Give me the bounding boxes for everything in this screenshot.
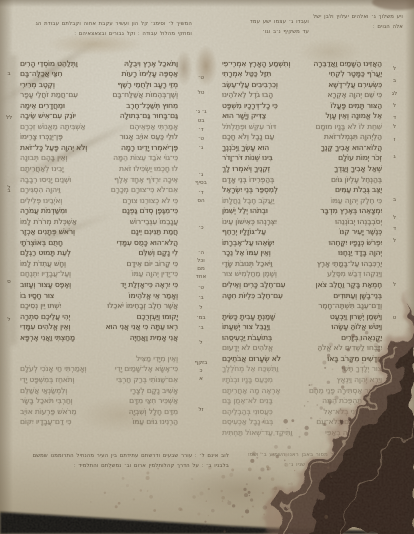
text-line: כִּי יִרְאֶה כִּי־אָזְלַת יָדוְאֶפֶס עָצ… [20,278,178,289]
masora-line: עד משקיף נ׳ב וגו׳ [240,28,309,38]
top-masora-left: המשיך ל׳ וסימנ׳ קל הון ועשיר עקבת אחוה ו… [35,20,192,39]
hemistich: אָשִׁיב נָקָם לְצָרָי [130,386,178,395]
text-line: כִּי שֵׁם יְהוָה אֶקְרָאהָבוּ גֹדֶל לֵאל… [222,89,382,100]
masora-note: ל [1,317,17,323]
text-line: הַלְיְהוָה תִּגְמְלוּ־זֹאתעַם נָבָל וְלֹ… [222,131,382,142]
hemistich: יְסֹבְבֶנְהוּ יְבוֹנְנֵהוּ [335,217,382,226]
parchment-page: המשיך ל׳ וסימנ׳ קל הון ועשיר עקבת אחוה ו… [0,0,414,534]
hemistich: וַתֹּאכַל אֶרֶץ וִיבֻלָהּ [124,59,178,68]
masora-line: ויע משלוך ג׳ ואלהים יעלוץ ולבן ישלישו [313,13,403,23]
text-line: אֵיכָה יִרְדֹּף אֶחָד אֶלֶףוּשְׁנַיִם יָ… [20,173,178,184]
masora-line: ועבדו ג׳ עצמו ישע עמד [240,18,309,28]
hemistich: וְשֶׁן־בְּהֵמוֹת אֲשַׁלַּח־בָּם [112,90,178,99]
masora-note: ד [384,115,405,121]
hemistich: וּמֵחֲדָרִים אֵימָה [20,101,65,110]
bottom-masora-left: לוב אינם ל׳ ׃ עורר שבעים ודרשתם עתידתם ב… [25,451,229,471]
hemistich: עִם־חֵלֶב כָּרִים וְאֵילִים [222,280,285,289]
masora-note: וכל [186,258,216,264]
hemistich: יַרְכִּבֵהוּ עַל־בָּמֳתֵי אָרֶץ [317,259,382,268]
masora-line: לוב אינם ל׳ ׃ עורר שבעים ודרשתם עתידתם ב… [25,451,229,461]
text-line: אֲשֶׁר חֵלֶב זְבָחֵימוֹ יֹאכֵלוּיִשְׁתּו… [20,300,178,311]
hemistich: יִצְּרֶנְהוּ כְּאִישׁוֹן עֵינוֹ [222,217,277,226]
hemistich: יַעֲקֹב חֶבֶל נַחֲלָתוֹ [222,196,274,205]
hemistich: יְהוָה בָּדָד יַנְחֶנּוּ [338,248,382,257]
hemistich: בְּנֵי־בָשָׁן וְעַתּוּדִים [333,291,382,300]
text-line: וְאֵין מִיָּדִי מַצִּיל [20,352,178,363]
masora-note: הס [186,198,216,204]
hemistich: וְאֵין בָּהֶם תְּבוּנָה [20,153,67,162]
hemistich: בְּהַנְחֵל עֶלְיוֹן גּוֹיִם [331,175,382,184]
hemistich: כִּי־גוֹי אֹבַד עֵצוֹת הֵמָּה [113,153,178,162]
hemistich: יוֹנֵק עִם־אִישׁ שֵׂיבָה [20,111,76,120]
text-line: וַיֵּנִקֵהוּ דְבַשׁ מִסֶּלַעוְשֶׁמֶן מֵח… [222,268,382,279]
text-line: הַצּוּר תָּמִים פָּעֳלוֹכִּי כָל־דְּרָכָ… [222,99,382,110]
masora-note: ב׳ [186,325,216,331]
text-line: הֲלוֹא־הוּא אָבִיךָ קָּנֶךָהוּא עָשְׂךָ … [222,141,382,152]
hemistich: לְעֵת תָּמוּט רַגְלָם [20,248,71,257]
hemistich: רְאוּ עַתָּה כִּי אֲנִי אֲנִי הוּא [106,322,178,331]
text-line: וַיֹּאמֶר אַסְתִּירָה פָנַי מֵהֶםאֶרְאֶה… [222,384,382,395]
text-line: אִם־לֹא כִּי־צוּרָם מְכָרָםוַיהוָה הִסְג… [20,184,178,195]
hemistich: כִּי דוֹר תַּהְפֻּכֹת הֵמָּה [322,396,382,405]
hemistich: עֲנָבֵמוֹ עִנְּבֵי־רוֹשׁ [130,217,178,226]
hemistich: אַשְׁבִּיתָה מֵאֱנוֹשׁ זִכְרָם [20,122,85,131]
masora-line: אלה הגוים ׃ [313,23,403,33]
text-line: וַאֲנִי אַקְנִיאֵם בְּלֹא־עָםבְּגוֹי נָב… [222,416,382,427]
hemistich: וְדַם־עֵנָב תִּשְׁתֶּה־חָמֶר [318,301,382,310]
masora-note: ט׳ [186,136,216,142]
text-line: אֲנִי אָמִית וַאֲחַיֶּהמָחַצְתִּי וַאֲנִ… [20,331,178,342]
masora-note: כ׳ [186,225,216,231]
text-line: גַּם־בָּחוּר גַּם־בְּתוּלָהיוֹנֵק עִם־אִ… [20,110,178,121]
hemistich: וַיְנַבֵּל צוּר יְשֻׁעָתוֹ [222,322,270,331]
text-line: זְכֹר יְמוֹת עוֹלָםבִּינוּ שְׁנוֹת דֹּר־… [222,152,382,163]
hemistich: אֲנִי אָמִית וַאֲחַיֶּה [130,333,178,342]
masora-note: ב [384,78,405,84]
text-line: שְׁאַל אָבִיךָ וְיַגֵּדְךָזְקֵנֶיךָ וְיֹ… [222,162,382,173]
text-line: וַיִּטֹּשׁ אֱלוֹהַּ עָשָׂהוּוַיְנַבֵּל צ… [222,321,382,332]
hemistich: יִשָּׂאֵהוּ עַל־אֶבְרָתוֹ [222,238,274,247]
text-column-left: וַתֹּאכַל אֶרֶץ וִיבֻלָהּוַתְּלַהֵט מוֹס… [20,57,178,426]
left-margin-notes: בלללבסל [1,57,17,447]
masora-note: ל [384,282,405,288]
text-line: כִּי חֵלֶק יְהוָה עַמּוֹיַעֲקֹב חֶבֶל נַ… [222,194,382,205]
hemistich: כִּי־מִגֶּפֶן סְדֹם גַּפְנָם [122,206,178,215]
masora-note: ט׳ [186,75,216,81]
hemistich: וְחַרְבִּי תֹּאכַל בָּשָׂר [20,396,73,405]
hemistich: אֱלֹהִים לֹא יְדָעוּם [222,343,273,352]
masora-line: שמאל מסור באבן ראנו השמיע ב׳ ושמאל [248,450,345,460]
hemistich: אֲשֶׁר חֵלֶב זְבָחֵימוֹ יֹאכֵלוּ [107,301,178,310]
hemistich: וְשֶׁמֶן מֵחַלְמִישׁ צוּר [222,269,277,278]
masora-note: ל [384,103,405,109]
hemistich: לִי נָקָם וְשִׁלֵּם [139,248,178,257]
text-line: שִׁחֵת לוֹ לֹא בָּנָיו מוּמָםדּוֹר עִקֵּ… [222,120,382,131]
hemistich: יִשְׁתּוּ יֵין נְסִיכָם [20,301,61,310]
masora-note: יא [384,354,405,360]
masora-note: ד׳ [186,127,216,133]
hemistich: הֲלוֹא־הוּא אָבִיךָ קָּנֶךָ [321,143,382,152]
hemistich: אָמַרְתִּי אַפְאֵיהֶם [130,122,178,131]
text-line: יַעֲרֹף כַּמָּטָר לִקְחִיתִּזַּל כַּטַּל… [222,68,382,79]
text-line: כִּי־גוֹי אֹבַד עֵצוֹת הֵמָּהוְאֵין בָּה… [20,152,178,163]
hemistich: יְהִי עֲלֵיכֶם סִתְרָה [20,312,70,321]
hemistich: גַּם־בָּחוּר גַּם־בְּתוּלָה [120,111,178,120]
masora-note: ל [186,340,216,346]
hemistich: שָׁמַנְתָּ עָבִיתָ כָּשִׂיתָ [222,312,275,321]
hemistich: כִּי יִרְאֶה כִּי־אָזְלַת יָד [120,280,178,289]
text-line: יִמְצָאֵהוּ בְּאֶרֶץ מִדְבָּרוּבְתֹהוּ י… [222,205,382,216]
hemistich: זְקֵנֶיךָ וְיֹאמְרוּ לָךְ [222,164,270,173]
masora-note: ב [1,71,17,77]
hemistich: חֶמְאַת בָּקָר וַחֲלֵב צֹאן [316,280,382,289]
text-column-right: הַאֲזִינוּ הַשָּׁמַיִם וַאֲדַבֵּרָהוְתִש… [222,57,382,437]
hemistich: וַאֲנִי אַקְנִיאֵם בְּלֹא־עָם [316,417,382,426]
hemistich: וְלִמְשַׂנְאַי אֲשַׁלֵּם [20,386,67,395]
text-line: כִּי־אֵשׁ קָדְחָה בְאַפִּיוַתִּיקַד עַד־… [222,426,382,437]
hemistich: בִּינוּ שְׁנוֹת דֹּר־וָדֹר [222,153,273,162]
top-masora-right: ויע משלוך ג׳ ואלהים יעלוץ ולבן ישלישואלה… [313,13,403,32]
hemistich: כִּי־אֵשׁ קָדְחָה בְאַפִּי [325,428,382,437]
masora-note: מם [186,266,216,272]
hemistich: וְאֵין מִיָּדִי מַצִּיל [136,354,178,363]
hemistich: וְאֶפֶס עָצוּר וְעָזוּב [20,280,71,289]
hemistich: מִכַּעַס בָּנָיו וּבְנֹתָיו [222,375,273,384]
hemistich: כְּנֶשֶׁר יָעִיר קִנּוֹ [339,227,382,236]
text-line: כִּי־אֶשָּׂא אֶל־שָׁמַיִם יָדִיוְאָמַרְת… [20,363,178,374]
hemistich: כִּשְׂעִירִם עֲלֵי־דֶשֶׁא [328,80,382,89]
masora-note: ל [384,341,405,347]
manuscript-photo: המשיך ל׳ וסימנ׳ קל הון ועשיר עקבת אחוה ו… [0,0,414,534]
hemistich: בְּגוֹי נָבָל אַכְעִיסֵם [222,417,273,426]
hemistich: יִזְבְּחוּ לַשֵּׁדִים לֹא אֱלֹהַּ [317,343,382,352]
hemistich: מָחַצְתִּי וַאֲנִי אֶרְפָּא [20,333,75,342]
text-line: כִּי דוֹר תַּהְפֻּכֹת הֵמָּהבָּנִים לֹא־… [222,395,382,406]
hemistich: יַקְנִאֻהוּ בְּזָרִים [341,333,382,342]
right-margin-notes: לבלגלדלזגבלדללטליאבג [384,57,405,447]
masora-note: ב [1,188,17,194]
text-line: הֲלֹא־הוּא כָּמֻס עִמָּדִיחָתֻם בְּאוֹצְ… [20,236,178,247]
hemistich: חֲדָשִׁים מִקָּרֹב בָּאוּ [327,354,382,363]
text-line: יִפְרֹשׂ כְּנָפָיו יִקָּחֵהוּיִשָּׂאֵהוּ… [222,236,382,247]
text-line: וְשֶׁן־בְּהֵמוֹת אֲשַׁלַּח־בָּםעִם־חֲמַת… [20,89,178,100]
hemistich: מִחוּץ תְּשַׁכֶּל־חֶרֶב [126,101,178,110]
masora-note: בסיף [186,180,216,186]
hemistich: עִם־חֲמַת זֹחֲלֵי עָפָר [20,90,78,99]
text-line: וְאָמַר אֵי אֱלֹהֵימוֹצוּר חָסָיוּ בוֹ [20,289,178,300]
text-line [20,342,178,353]
text-line: אֵל אֱמוּנָה וְאֵין עָוֶלצַדִּיק וְיָשָׁ… [222,110,382,121]
hemistich: וְכִרְבִיבִים עֲלֵי־עֵשֶׂב [222,80,278,89]
hemistich: וַתִּיקַד עַד־שְׁאוֹל תַּחְתִּית [222,428,292,437]
hemistich: שְׁאַל אָבִיךָ וְיַגֵּדְךָ [334,164,382,173]
hemistich: כִּי־יָדִין יְהוָה עַמּוֹ [132,269,178,278]
masora-note: ט׳ [186,285,216,291]
masora-note: ג [384,398,405,404]
hemistich: וְקֶטֶב מְרִירִי [20,80,55,89]
hemistich: כִּי שֵׁם יְהוָה אֶקְרָא [327,90,382,99]
masora-note: ד [384,226,405,232]
text-line: מִחוּץ תְּשַׁכֶּל־חֶרֶבוּמֵחֲדָרִים אֵימ… [20,99,178,110]
hemistich: עִם־חֵלֶב כִּלְיוֹת חִטָּה [222,291,283,300]
text-line: לוּ חָכְמוּ יַשְׂכִּילוּ זֹאתיָבִינוּ לְ… [20,162,178,173]
masora-note: בט [186,118,216,124]
text-line: הֵם קִנְאוּנִי בְלֹא־אֵלכִּעֲסוּנִי בְּה… [222,405,382,416]
text-line: כִּי־מִגֶּפֶן סְדֹם גַּפְנָםוּמִשַּׁדְמֹ… [20,205,178,216]
hemistich: יָקוּמוּ וְיַעְזְרֻכֶם [137,312,178,321]
hemistich: לוּלֵי כַּעַס אוֹיֵב אָגוּר [119,132,178,141]
text-line: וַיִּשְׁמַן יְשֻׁרוּן וַיִּבְעָטשָׁמַנְת… [222,310,382,321]
hemistich: זְכֹר יְמוֹת עוֹלָם [338,153,382,162]
masora-note: זל [186,407,216,413]
text-line: כִּשְׂעִירִם עֲלֵי־דֶשֶׁאוְכִרְבִיבִים ע… [222,78,382,89]
masora-note: לג [384,91,405,97]
masora-note: ג׳ [186,145,216,151]
hemistich: וְרֹאשׁ פְּתָנִים אַכְזָר [20,227,75,236]
text-line: יְהוָה בָּדָד יַנְחֶנּוּוְאֵין עִמּוֹ אֵ… [222,247,382,258]
hemistich: אַסְפֶּה עָלֵימוֹ רָעוֹת [122,69,178,78]
text-line: חֶמְאַת בָּקָר וַחֲלֵב צֹאןעִם־חֵלֶב כָּ… [222,278,382,289]
hemistich: כִּי כָל־דְּרָכָיו מִשְׁפָּט [222,101,278,110]
bottom-masora-right: שמאל מסור באבן ראנו השמיע ב׳ ושמאלובי אק… [248,450,345,470]
masora-note: בזקף [186,360,216,366]
masora-note: ג [384,154,405,160]
hemistich: צוּר חָסָיוּ בוֹ [20,291,54,300]
hemistich: וְאֵין עִמּוֹ אֵל נֵכָר [222,248,271,257]
text-line: לוּלֵי כַּעַס אוֹיֵב אָגוּרפֶּן־יְנַכְּר… [20,131,178,142]
masora-note: ב [384,377,405,383]
hemistich: מְזֵי רָעָב וּלְחֻמֵי רֶשֶׁף [118,80,178,89]
masora-note: ל [384,215,405,221]
hemistich: חָתֻם בְּאוֹצְרֹתָי [20,238,63,247]
hemistich: וְחָשׁ עֲתִדֹת לָמוֹ [20,259,66,268]
text-line: הַרְנִינוּ גוֹיִם עַמּוֹכִּי דַם־עֲבָדָי… [20,416,178,427]
hemistich: וְאֵין אֱלֹהִים עִמָּדִי [20,322,70,331]
hemistich: מֵרֹאשׁ פַּרְעוֹת אוֹיֵב [20,407,77,416]
text-line: כְּנֶשֶׁר יָעִיר קִנּוֹעַל־גּוֹזָלָיו יְ… [222,226,382,237]
hemistich: תִּזַּל כַּטַּל אִמְרָתִי [222,69,271,78]
hemistich: אִם־לֹא כִּי־צוּרָם מְכָרָם [111,185,178,194]
hemistich: הָבוּ גֹדֶל לֵאלֹהֵינוּ [222,90,273,99]
text-line: וַתֹּאכַל אֶרֶץ וִיבֻלָהּוַתְּלַהֵט מוֹס… [20,57,178,68]
hemistich: בָּנִים לֹא־אֵמֻן בָּם [222,396,273,405]
masora-note: ב [384,197,405,203]
text-line: אַסְפֶּה עָלֵימוֹ רָעוֹתחִצַּי אֲכַלֶּה־… [20,68,178,79]
hemistich: יִמְצָאֵהוּ בְּאֶרֶץ מִדְבָּר [320,206,382,215]
top-masora-center: ועבדו ג׳ עצמו ישע עמדעד משקיף נ׳ב וגו׳ [240,18,309,37]
text-line: אָמַרְתִּי אַפְאֵיהֶםאַשְׁבִּיתָה מֵאֱנו… [20,120,178,131]
masora-note: ה׳ [186,250,216,256]
hemistich: וְאָמַרְתִּי חַי אָנֹכִי לְעֹלָם [20,364,87,373]
hemistich: וַתְּלַהֵט מוֹסְדֵי הָרִים [20,59,78,68]
hemistich: חִצַּי אֲכַלֶּה־בָּם [20,69,62,78]
hemistich: כִּי דַם־עֲבָדָיו יִקּוֹם [20,417,71,426]
hemistich: עַל־גּוֹזָלָיו יְרַחֵף [222,227,266,236]
hemistich: וַיֹּאמֶר אַסְתִּירָה פָנַי מֵהֶם [309,386,382,395]
hemistich: יָבִינוּ לְאַחֲרִיתָם [20,164,64,173]
masora-note: ל [384,124,405,130]
hemistich: בְּתוֹעֵבֹת יַכְעִיסֻהוּ [222,333,272,342]
masora-note: טל [186,90,216,96]
text-line: אַשְׁכִּיר חִצַּי מִדָּםוְחַרְבִּי תֹּאכ… [20,395,178,406]
hemistich: וַיִּטֹּשׁ אֱלוֹהַּ עָשָׂהוּ [332,322,382,331]
hemistich: וַתִּשְׁכַּח אֵל מְחֹלְלֶךָ [222,364,278,373]
masora-note: ב׳ [186,295,216,301]
hemistich: מִדַּם חָלָל וְשִׁבְיָה [129,407,178,416]
text-line: וְדַם־עֵנָב תִּשְׁתֶּה־חָמֶר [222,300,382,311]
hemistich: הַצּוּר תָּמִים פָּעֳלוֹ [331,101,382,110]
masora-line: בלבניו ב׳ ׃ על הדרך קהלותלמין ארום וב׳ נ… [25,461,229,471]
hemistich: הוּא עָשְׂךָ וַיְכֹנְנֶךָ [222,143,269,152]
masora-line: המשיך ל׳ וסימנ׳ קל הון ועשיר עקבת אחוה ו… [35,20,192,30]
hemistich: הַרְנִינוּ גוֹיִם עַמּוֹ [132,417,178,426]
hemistich: צוּר יְלָדְךָ תֶּשִׁי [342,364,382,373]
hemistich: אֵל אֱמוּנָה וְאֵין עָוֶל [325,111,382,120]
text-line: חֲדָשִׁים מִקָּרֹב בָּאוּלֹא שְׂעָרוּם א… [222,352,382,363]
masora-note: לל [1,115,17,121]
text-line: יְסֹבְבֶנְהוּ יְבוֹנְנֵהוּיִצְּרֶנְהוּ כ… [222,215,382,226]
text-line: בְּהַנְחֵל עֶלְיוֹן גּוֹיִםבְּהַפְרִידוֹ… [222,173,382,184]
text-line: יַקְנִאֻהוּ בְּזָרִיםבְּתוֹעֵבֹת יַכְעִי… [222,331,382,342]
masora-note: ל [186,305,216,311]
hemistich: שִׁחֵת לוֹ לֹא בָּנָיו מוּמָם [315,122,382,131]
hemistich: הַאֲזִינוּ הַשָּׁמַיִם וַאֲדַבֵּרָה [313,59,382,68]
hemistich: אִם־שַׁנּוֹתִי בְּרַק חַרְבִּי [116,375,178,384]
hemistich: אַשְׁכְּלֹת מְרֹרֹת לָמוֹ [20,217,77,226]
text-line: עֲנָבֵמוֹ עִנְּבֵי־רוֹשׁאַשְׁכְּלֹת מְרֹ… [20,215,178,226]
hemistich: וְאֹיְבֵינוּ פְּלִילִים [20,196,62,205]
hemistich: כִּי חֵלֶק יְהוָה עַמּוֹ [331,196,382,205]
text-line: כִּי קָרוֹב יוֹם אֵידָםוְחָשׁ עֲתִדֹת לָ… [20,257,178,268]
hemistich: הַלְיְהוָה תִּגְמְלוּ־זֹאת [324,132,382,141]
hemistich: אַשְׁכִּיר חִצַּי מִדָּם [129,396,178,405]
hemistich: לֹא שְׂעָרוּם אֲבֹתֵיכֶם [222,354,281,363]
hemistich: וְתִשְׁמַע הָאָרֶץ אִמְרֵי־פִי [222,59,290,68]
text-line: יַצֵּב גְּבֻלֹת עַמִּיםלְמִסְפַּר בְּנֵי… [222,184,382,195]
hemistich: וּשְׁנַיִם יָנִיסוּ רְבָבָה [20,175,71,184]
hemistich: וְתֹאחֵז בְּמִשְׁפָּט יָדִי [20,375,74,384]
hemistich: לוּ חָכְמוּ יַשְׂכִּילוּ זֹאת [119,164,178,173]
hemistich: יִפְרֹשׂ כְּנָפָיו יִקָּחֵהוּ [329,238,382,247]
masora-note: ל [384,238,405,244]
hemistich: חֲמַת תַּנִּינִם יֵינָם [131,227,178,236]
masora-line: ומחקי מהלול עבודה ׃ וקל גבורים ובצאצאיהם… [35,30,192,40]
hemistich: עַם נָבָל וְלֹא חָכָם [222,132,274,141]
hemistich: צַדִּיק וְיָשָׁר הוּא [222,111,266,120]
hemistich: אֶרְאֶה מָה אַחֲרִיתָם [222,386,280,395]
text-line: יָקוּמוּ וְיַעְזְרֻכֶםיְהִי עֲלֵיכֶם סִת… [20,310,178,321]
hemistich: וַיַּרְא יְהוָה וַיִּנְאָץ [337,375,382,384]
masora-note: ל [384,66,405,72]
hemistich: כִּי לֹא כְצוּרֵנוּ צוּרָם [122,196,178,205]
text-line: וַיַּרְא יְהוָה וַיִּנְאָץמִכַּעַס בָּנָ… [222,373,382,384]
masora-note: ג׳ ג׳ [186,109,216,115]
hemistich: פֶּן־יְנַכְּרוּ צָרֵימוֹ [20,132,63,141]
hemistich: כִּי־אֶשָּׂא אֶל־שָׁמַיִם יָדִי [115,364,178,373]
hemistich: דּוֹר עִקֵּשׁ וּפְתַלְתֹּל [222,122,276,131]
hemistich: הֵם קִנְאוּנִי בְלֹא־אֵל [323,407,382,416]
masora-note: ד׳ [186,190,216,196]
hemistich: וּבְתֹהוּ יְלֵל יְשִׁמֹן [222,206,268,215]
text-line: יַרְכִּבֵהוּ עַל־בָּמֳתֵי אָרֶץוַיֹּאכַל… [222,257,382,268]
gutter-masora-notes: ט׳טלג׳ ג׳בטד׳ט׳ג׳ג׳בסיףד׳הסכ׳ה׳וכלמםאחדט… [186,57,216,447]
masora-note: ס [1,279,17,285]
text-line: בְּנֵי־בָשָׁן וְעַתּוּדִיםעִם־חֵלֶב כִּל… [222,289,382,300]
hemistich: אֵיכָה יִרְדֹּף אֶחָד אֶלֶף [114,175,178,184]
text-line: לִי נָקָם וְשִׁלֵּםלְעֵת תָּמוּט רַגְלָם [20,247,178,258]
masora-note: כ [186,368,216,374]
hemistich: וַיֹּאכַל תְּנוּבֹת שָׂדָי [222,259,272,268]
masora-note: ג׳ [186,172,216,178]
hemistich: יַעֲרֹף כַּמָּטָר לִקְחִי [329,69,382,78]
hemistich: וְלֹא יְהוָה פָּעַל כָּל־זֹאת [20,143,87,152]
hemistich: וְאָמַר אֵי אֱלֹהֵימוֹ [129,291,178,300]
text-line: רְאוּ עַתָּה כִּי אֲנִי אֲנִי הוּאוְאֵין… [20,321,178,332]
text-line: מְזֵי רָעָב וּלְחֻמֵי רֶשֶׁףוְקֶטֶב מְרִ… [20,78,178,89]
text-line: צוּר יְלָדְךָ תֶּשִׁיוַתִּשְׁכַּח אֵל מְ… [222,363,382,374]
text-line: אָשִׁיב נָקָם לְצָרָיוְלִמְשַׂנְאַי אֲשַ… [20,384,178,395]
masora-line: ובי אקום יעמיד שניו ג׳ ׃ [248,460,345,470]
masora-note: א [186,376,216,382]
hemistich: הֲלֹא־הוּא כָּמֻס עִמָּדִי [116,238,178,247]
hemistich: כִּי קָרוֹב יוֹם אֵידָם [127,259,178,268]
hemistich: כִּעֲסוּנִי בְּהַבְלֵיהֶם [222,407,273,416]
text-line: אִם־שַׁנּוֹתִי בְּרַק חַרְבִּיוְתֹאחֵז ב… [20,373,178,384]
hemistich: וַיהוָה הִסְגִּירָם [20,185,60,194]
hemistich: לְמִסְפַּר בְּנֵי יִשְׂרָאֵל [222,185,278,194]
text-line: כִּי לֹא כְצוּרֵנוּ צוּרָםוְאֹיְבֵינוּ פ… [20,194,178,205]
hemistich: וַיֵּנִקֵהוּ דְבַשׁ מִסֶּלַע [327,269,382,278]
masora-note: אחד [186,274,216,280]
hemistich: יַצֵּב גְּבֻלֹת עַמִּים [335,185,382,194]
text-line: חֲמַת תַּנִּינִם יֵינָםוְרֹאשׁ פְּתָנִים… [20,226,178,237]
text-line: פֶּן־יֹאמְרוּ יָדֵינוּ רָמָהוְלֹא יְהוָה… [20,141,178,152]
text-line: יִזְבְּחוּ לַשֵּׁדִים לֹא אֱלֹהַּאֱלֹהִי… [222,342,382,353]
masora-note: במ׳ [186,315,216,321]
text-line: מִדַּם חָלָל וְשִׁבְיָהמֵרֹאשׁ פַּרְעוֹת… [20,405,178,416]
hemistich: וְעַל־עֲבָדָיו יִתְנֶחָם [20,269,71,278]
hemistich: וַיִּשְׁמַן יְשֻׁרוּן וַיִּבְעָט [330,312,382,321]
masora-note: ט [384,315,405,321]
hemistich: בְּהַפְרִידוֹ בְּנֵי אָדָם [222,175,274,184]
text-line: כִּי־יָדִין יְהוָה עַמּוֹוְעַל־עֲבָדָיו … [20,268,178,279]
hemistich: פֶּן־יֹאמְרוּ יָדֵינוּ רָמָה [121,143,178,152]
text-line: הַאֲזִינוּ הַשָּׁמַיִם וַאֲדַבֵּרָהוְתִש… [222,57,382,68]
hemistich: וּמִשַּׁדְמֹת עֲמֹרָה [20,206,67,215]
masora-note: ז [384,137,405,143]
